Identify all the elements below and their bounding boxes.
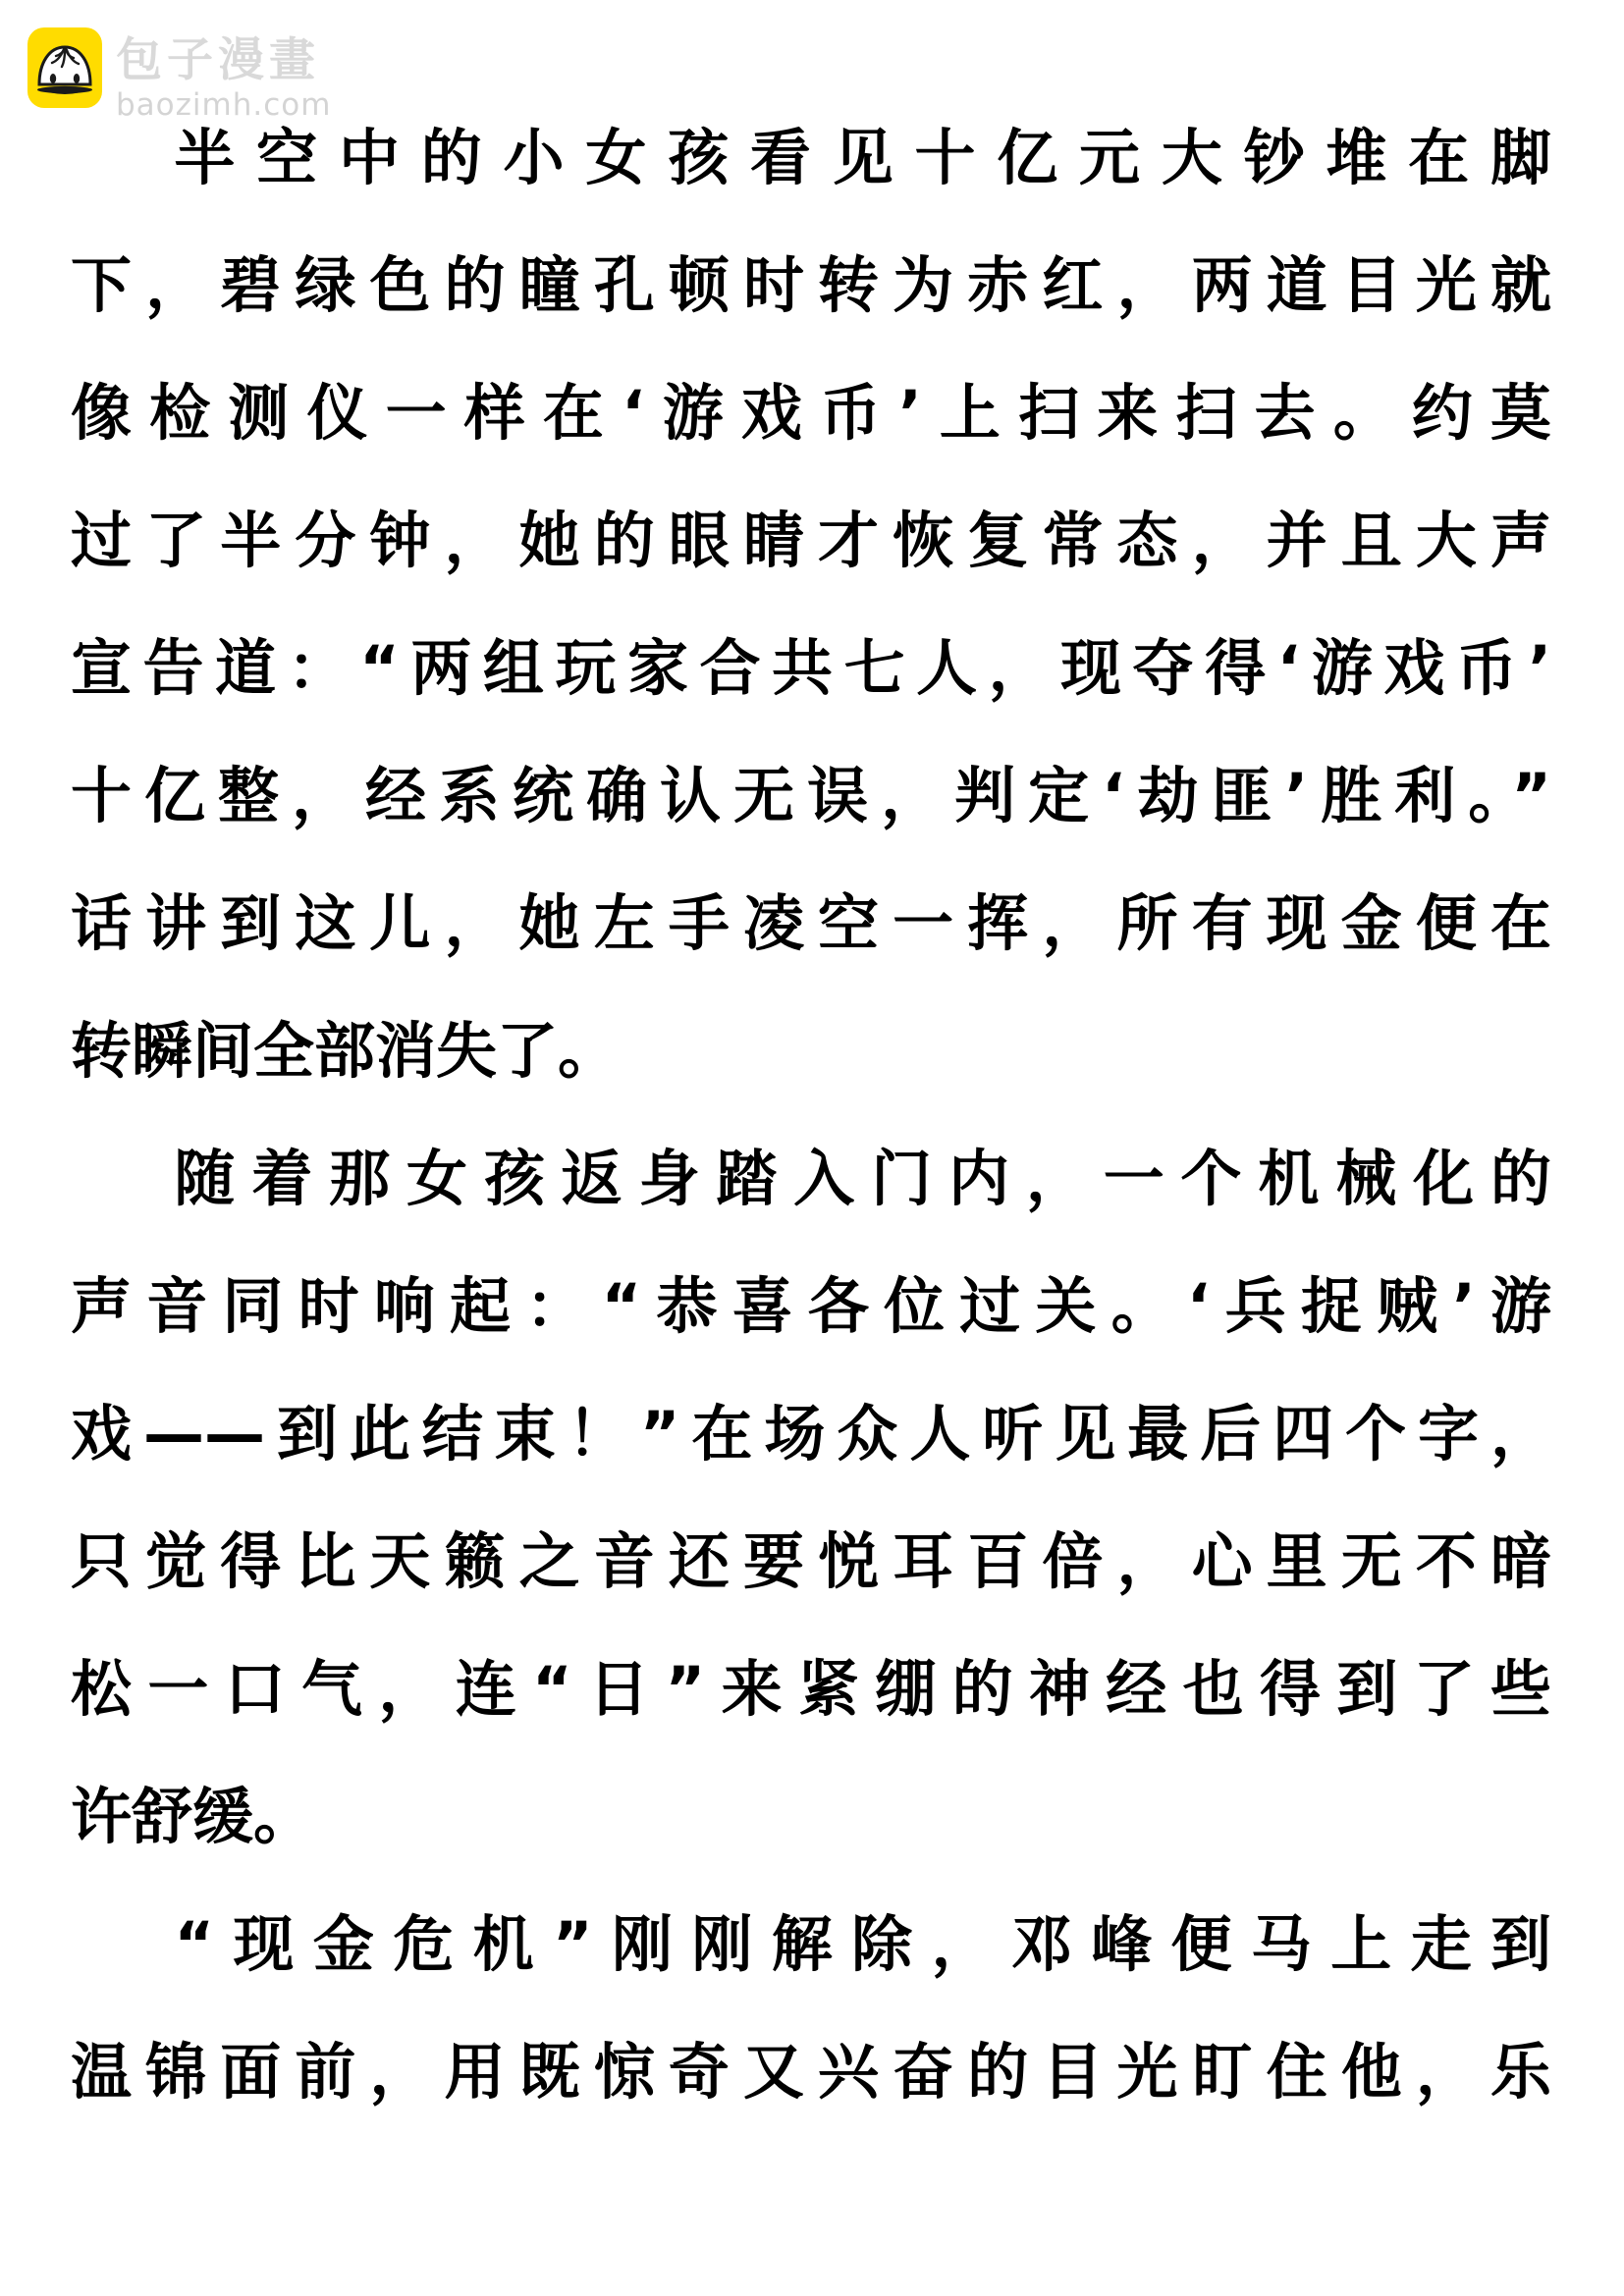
text-line: 话讲到这儿，她左手凌空一挥，所有现金便在	[71, 860, 1551, 988]
text-line: 十亿整，经系统确认无误，判定‘劫匪’胜利。”	[71, 732, 1551, 860]
text-line: 温锦面前，用既惊奇又兴奋的目光盯住他，乐	[71, 2008, 1551, 2136]
text-line: 半空中的小女孩看见十亿元大钞堆在脚	[71, 94, 1551, 222]
text-line: 只觉得比天籁之音还要悦耳百倍，心里无不暗	[71, 1498, 1551, 1626]
text-line: 过了半分钟，她的眼睛才恢复常态，并且大声	[71, 477, 1551, 605]
novel-page: 包子漫畫 baozimh.com 半空中的小女孩看见十亿元大钞堆在脚下，碧绿色的…	[0, 0, 1624, 2296]
text-line: 松一口气，连“日”来紧绷的神经也得到了些	[71, 1626, 1551, 1753]
text-line: 随着那女孩返身踏入门内，一个机械化的	[71, 1115, 1551, 1243]
text-line: 下，碧绿色的瞳孔顿时转为赤红，两道目光就	[71, 222, 1551, 349]
site-name: 包子漫畫	[116, 33, 331, 88]
text-line: 转瞬间全部消失了。	[71, 988, 1551, 1115]
text-line: “现金危机”刚刚解除，邓峰便马上走到	[71, 1881, 1551, 2008]
text-line: 戏——到此结束！”在场众人听见最后四个字，	[71, 1370, 1551, 1498]
text-line: 许舒缓。	[71, 1753, 1551, 1881]
text-line: 声音同时响起：“恭喜各位过关。‘兵捉贼’游	[71, 1243, 1551, 1370]
text-line: 像检测仪一样在‘游戏币’上扫来扫去。约莫	[71, 349, 1551, 477]
page-text: 半空中的小女孩看见十亿元大钞堆在脚下，碧绿色的瞳孔顿时转为赤红，两道目光就像检测…	[71, 94, 1551, 2136]
text-line: 宣告道：“两组玩家合共七人，现夺得‘游戏币’	[71, 605, 1551, 732]
